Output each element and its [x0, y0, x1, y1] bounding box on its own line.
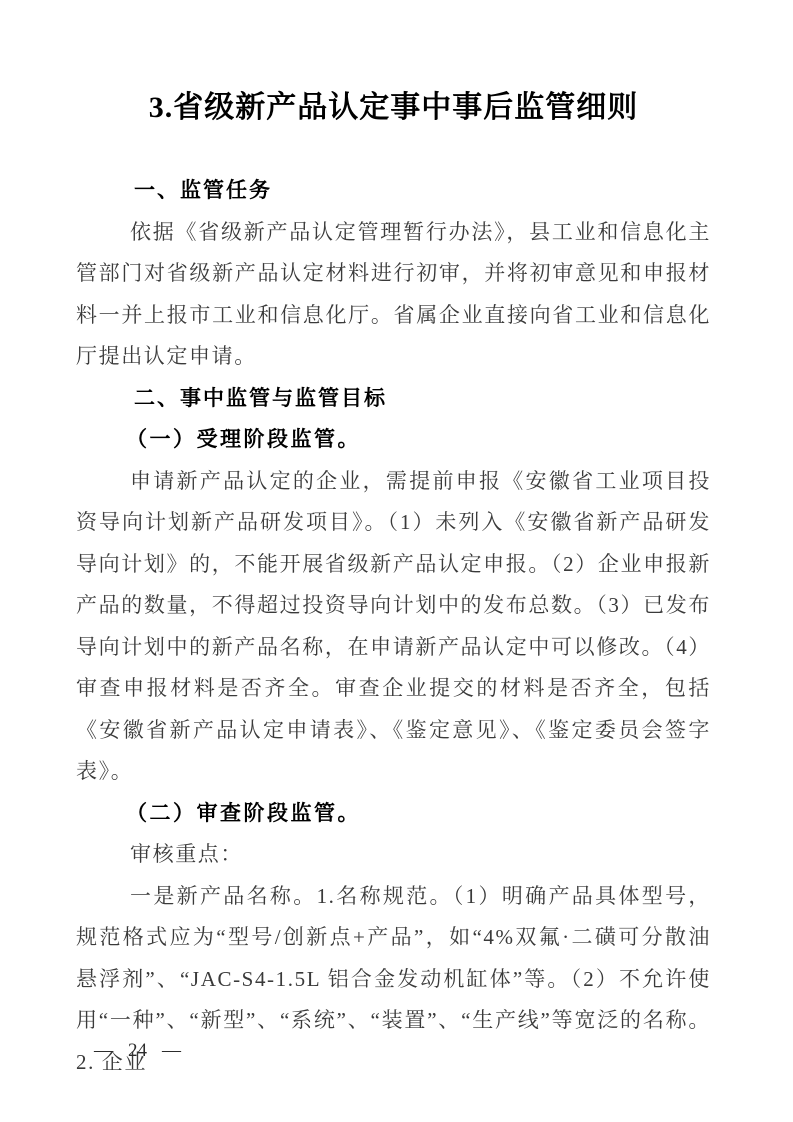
page-footer: — 24 —: [94, 1040, 181, 1062]
section-heading-inprocess-supervision: 二、事中监管与监管目标: [76, 378, 711, 420]
paragraph-acceptance-stage: 申请新产品认定的企业，需提前申报《安徽省工业项目投资导向计划新产品研发项目》。（…: [76, 461, 711, 793]
document-title: 3.省级新产品认定事中事后监管细则: [76, 84, 711, 132]
document-content: 3.省级新产品认定事中事后监管细则 一、监管任务 依据《省级新产品认定管理暂行办…: [0, 0, 793, 1083]
footer-left-dash: —: [94, 1040, 113, 1062]
footer-right-dash: —: [162, 1040, 181, 1062]
paragraph-supervision-tasks: 依据《省级新产品认定管理暂行办法》，县工业和信息化主管部门对省级新产品认定材料进…: [76, 212, 711, 378]
paragraph-review-focus-label: 审核重点：: [76, 834, 711, 876]
section-heading-supervision-tasks: 一、监管任务: [76, 170, 711, 212]
page-number: 24: [128, 1040, 147, 1062]
subheading-review-stage: （二）审查阶段监管。: [76, 793, 711, 835]
document-page: 3.省级新产品认定事中事后监管细则 一、监管任务 依据《省级新产品认定管理暂行办…: [0, 0, 793, 1122]
subheading-acceptance-stage: （一）受理阶段监管。: [76, 419, 711, 461]
